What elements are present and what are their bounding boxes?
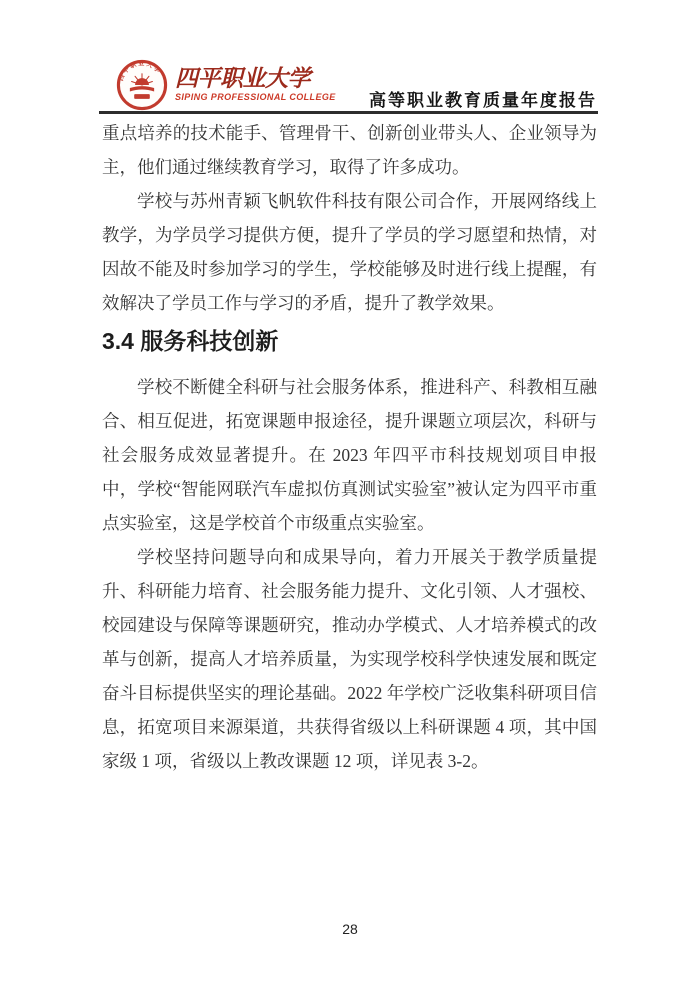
page-footer: 28 (0, 921, 700, 937)
school-name-en: SIPING PROFESSIONAL COLLEGE (175, 92, 336, 102)
paragraph: 学校不断健全科研与社会服务体系，推进科产、科教相互融合、相互促进，拓宽课题申报途… (102, 370, 597, 540)
paragraph: 学校与苏州青颖飞帆软件科技有限公司合作，开展网络线上教学，为学员学习提供方便，提… (102, 184, 597, 320)
section-heading: 3.4 服务科技创新 (102, 324, 597, 358)
document-page: 四平职业大学 四平职业大学 SIPING PR (0, 0, 700, 1004)
header-rule (99, 111, 598, 114)
paragraph: 学校坚持问题导向和成果导向，着力开展关于教学质量提升、科研能力培育、社会服务能力… (102, 540, 597, 778)
school-logo-text: 四平职业大学 SIPING PROFESSIONAL COLLEGE (175, 59, 336, 102)
report-title: 高等职业教育质量年度报告 (369, 86, 597, 111)
document-body: 重点培养的技术能手、管理骨干、创新创业带头人、企业领导为主，他们通过继续教育学习… (102, 116, 597, 778)
paragraph-continuation: 重点培养的技术能手、管理骨干、创新创业带头人、企业领导为主，他们通过继续教育学习… (102, 116, 597, 184)
school-logo: 四平职业大学 四平职业大学 SIPING PR (116, 59, 336, 111)
page-number: 28 (342, 921, 358, 937)
school-name-cn: 四平职业大学 (175, 67, 336, 91)
school-seal-icon: 四平职业大学 (116, 59, 168, 111)
